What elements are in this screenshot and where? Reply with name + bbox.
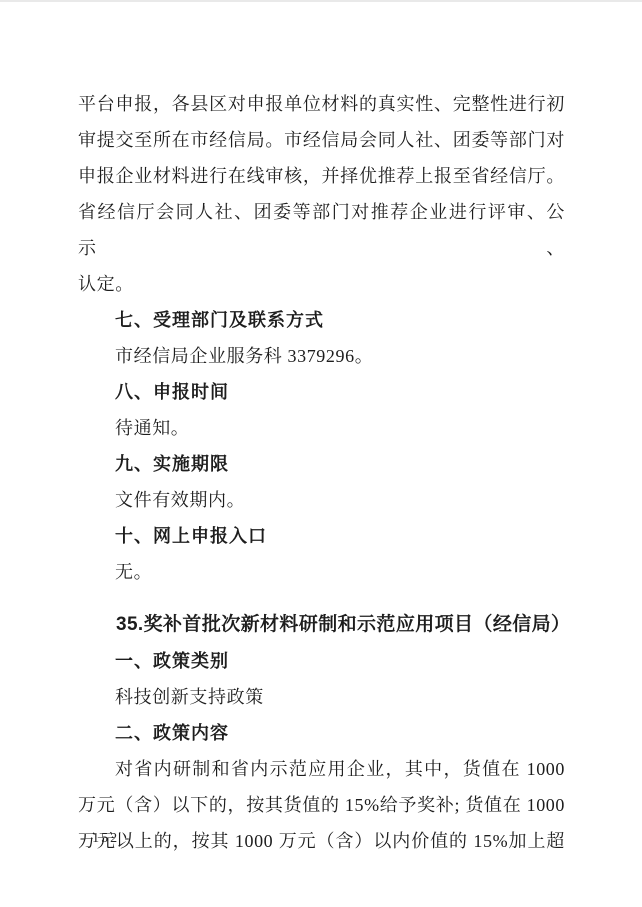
paragraph: 市经信局企业服务科 3379296。 [78, 338, 565, 374]
section-heading: 八、申报时间 [78, 374, 565, 410]
paragraph: 对省内研制和省内示范应用企业，其中，货值在 1000万元（含）以下的，按其货值的… [78, 751, 565, 859]
page-top-edge [0, 0, 642, 2]
page-number: - 152 - [80, 828, 131, 850]
section-heading: 一、政策类别 [78, 643, 565, 679]
document-body: 平台申报，各县区对申报单位材料的真实性、完整性进行初审提交至所在市经信局。市经信… [78, 86, 565, 859]
policy-item-title: 35.奖补首批次新材料研制和示范应用项目（经信局） [78, 607, 565, 643]
paragraph: 平台申报，各县区对申报单位材料的真实性、完整性进行初审提交至所在市经信局。市经信… [78, 86, 565, 302]
paragraph: 科技创新支持政策 [78, 679, 565, 715]
paragraph: 待通知。 [78, 410, 565, 446]
text-line: 文件有效期内。 [78, 482, 565, 518]
section-heading: 二、政策内容 [78, 715, 565, 751]
text-line: 认定。 [78, 266, 565, 302]
text-line: 万元以上的，按其 1000 万元（含）以内价值的 15%加上超 [78, 823, 565, 859]
text-line: 对省内研制和省内示范应用企业，其中，货值在 1000 [78, 751, 565, 787]
text-line: 待通知。 [78, 410, 565, 446]
text-line: 省经信厅会同人社、团委等部门对推荐企业进行评审、公示、 [78, 194, 565, 266]
text-line: 无。 [78, 554, 565, 590]
text-line: 申报企业材料进行在线审核，并择优推荐上报至省经信厅。 [78, 158, 565, 194]
document-page: 平台申报，各县区对申报单位材料的真实性、完整性进行初审提交至所在市经信局。市经信… [0, 0, 642, 907]
paragraph: 文件有效期内。 [78, 482, 565, 518]
paragraph: 无。 [78, 554, 565, 590]
section-heading: 七、受理部门及联系方式 [78, 302, 565, 338]
section-heading: 九、实施期限 [78, 446, 565, 482]
text-line: 万元（含）以下的，按其货值的 15%给予奖补; 货值在 1000 [78, 787, 565, 823]
text-line: 审提交至所在市经信局。市经信局会同人社、团委等部门对 [78, 122, 565, 158]
section-heading: 十、网上申报入口 [78, 518, 565, 554]
text-line: 平台申报，各县区对申报单位材料的真实性、完整性进行初 [78, 86, 565, 122]
text-line: 市经信局企业服务科 3379296。 [78, 338, 565, 374]
text-line: 科技创新支持政策 [78, 679, 565, 715]
